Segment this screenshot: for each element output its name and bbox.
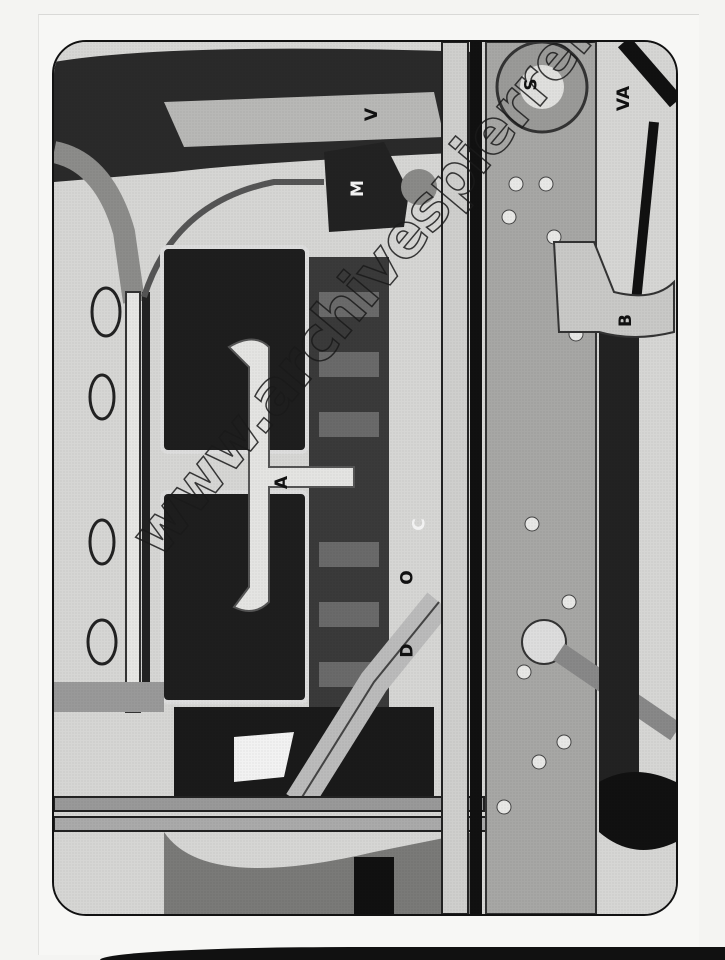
label-v: V xyxy=(364,108,381,121)
label-s: S xyxy=(524,78,541,90)
label-va: VA xyxy=(616,86,633,111)
label-b: B xyxy=(618,314,635,327)
label-a: A xyxy=(274,476,291,489)
label-m: M xyxy=(350,180,367,197)
scan-edge-shadow xyxy=(100,947,725,960)
photo-illustration xyxy=(54,42,676,914)
label-d: D xyxy=(400,643,417,657)
label-o: O xyxy=(400,570,417,584)
engine-photograph: www.archivespierreblanche.fr V M S VA B … xyxy=(52,40,678,916)
label-c: C xyxy=(412,518,429,530)
